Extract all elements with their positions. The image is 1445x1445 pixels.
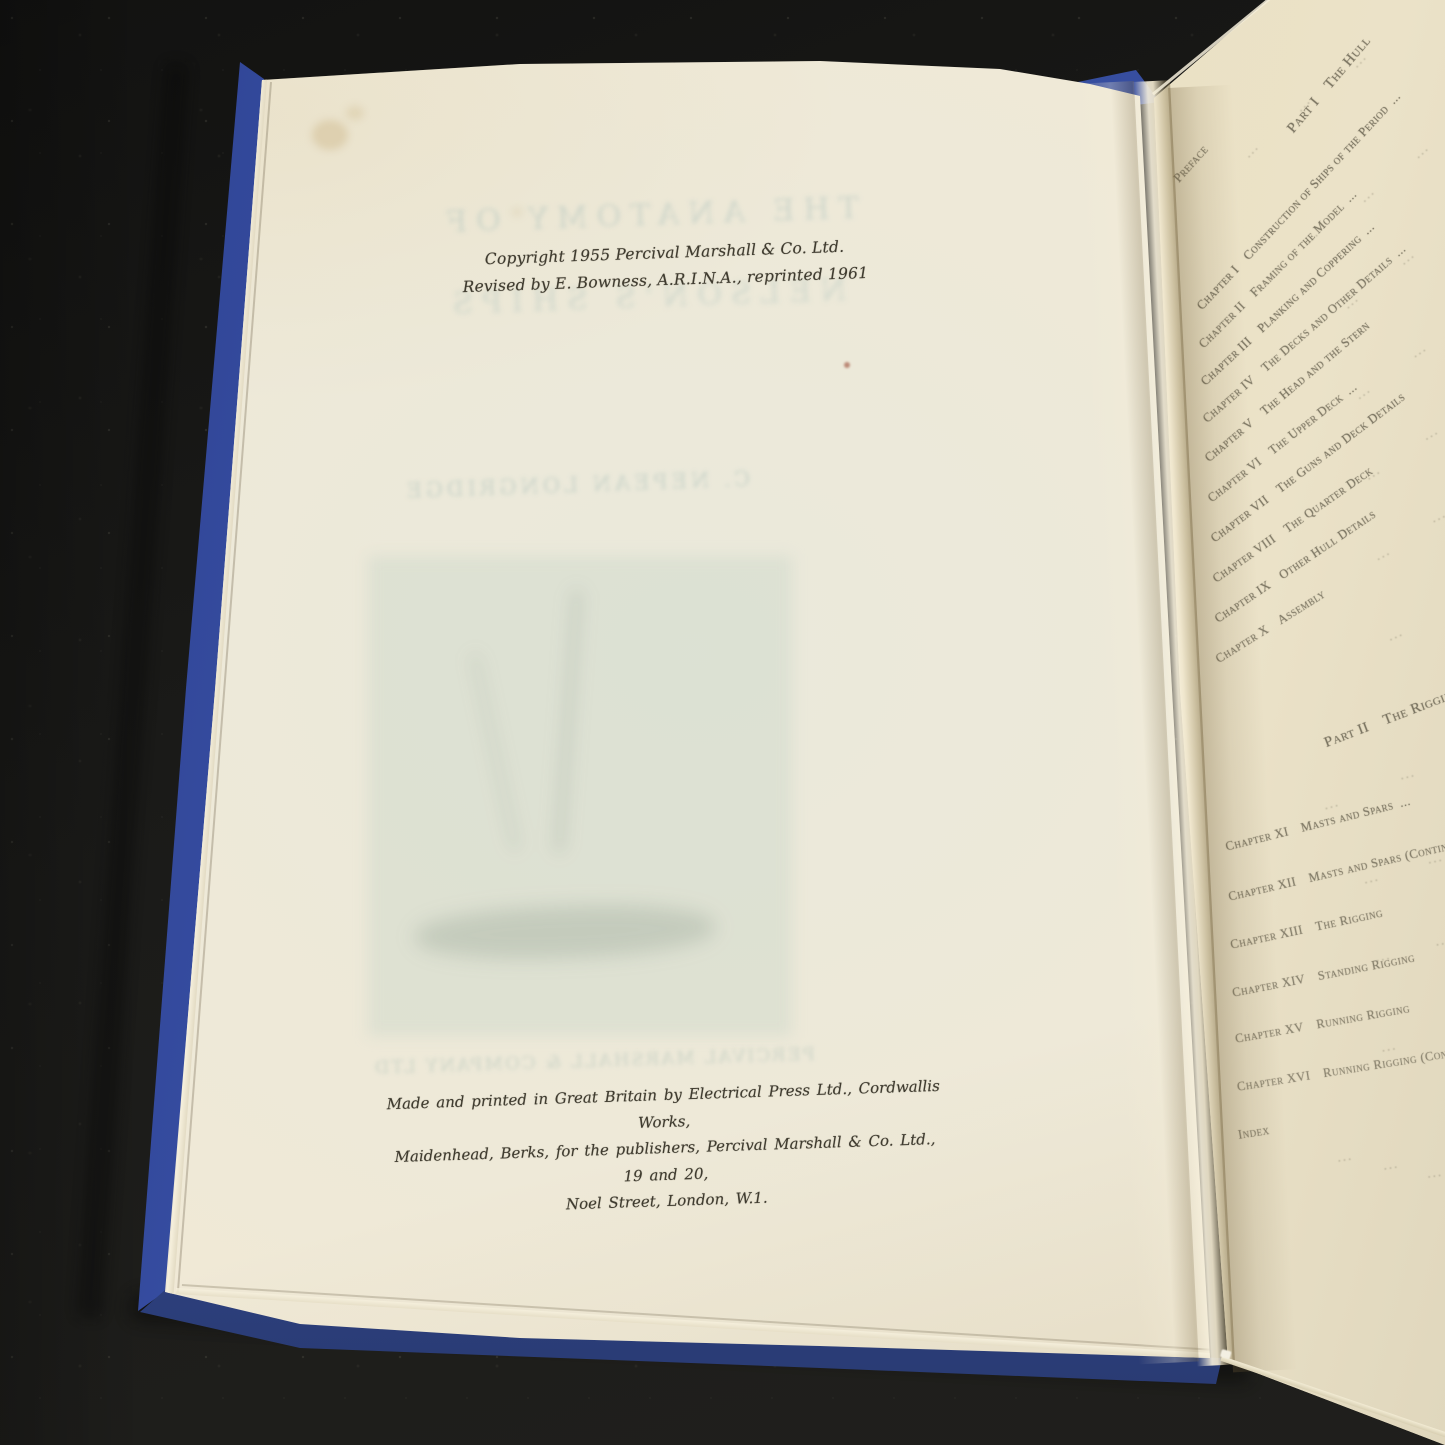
toc-leader-dots: ... <box>1408 339 1430 361</box>
toc-leader-dots: ... <box>1398 764 1417 783</box>
toc-leader-dots: ... <box>1356 183 1378 205</box>
red-speck <box>844 362 850 368</box>
foxing-spot <box>512 208 522 216</box>
ghost-ship-illustration <box>368 556 792 1036</box>
toc-entry: Part II The Rigging <box>1322 684 1445 752</box>
ghost-author-line: C. NEPEAN LONGRIDGE <box>450 467 751 501</box>
ghost-title-line1: THE ANATOMY OF <box>408 190 889 242</box>
ghost-mast <box>554 590 582 852</box>
foxing-spot <box>346 106 364 120</box>
toc-leader-dots: ... <box>1420 422 1442 444</box>
toc-leader-dots: ... <box>1362 868 1381 887</box>
ghost-publisher-line: PERCIVAL MARSHALL & COMPANY LTD <box>415 1044 815 1078</box>
toc-leader-dots: ... <box>1374 947 1393 966</box>
toc-leader-dots: ... <box>1372 543 1393 565</box>
page-stack-edge <box>167 79 267 1294</box>
ghost-mast <box>470 653 519 850</box>
imprint-block: Made and printed in Great Britain by Ele… <box>383 1073 947 1224</box>
toc-leader-dots: ... <box>1426 849 1445 868</box>
toc-leader-dots: ... <box>1410 139 1432 161</box>
toc-entry: Part I The Hull <box>1284 33 1375 137</box>
book-photo: THE ANATOMY OF NELSON'S SHIPS C. NEPEAN … <box>0 0 1445 1445</box>
toc-leader-dots: ... <box>1336 1148 1354 1166</box>
toc-leader-dots: ... <box>1428 505 1445 526</box>
toc-leader-dots: ... <box>1385 624 1406 645</box>
toc-leader-dots: ... <box>1240 139 1262 161</box>
ghost-hull <box>414 901 716 963</box>
toc-leader-dots: ... <box>1382 1156 1400 1174</box>
toc-leader-dots: ... <box>1426 1164 1444 1182</box>
toc-leader-dots: ... <box>1380 1037 1398 1055</box>
foxing-spot <box>312 120 348 150</box>
toc-leader-dots: ... <box>1434 931 1445 949</box>
